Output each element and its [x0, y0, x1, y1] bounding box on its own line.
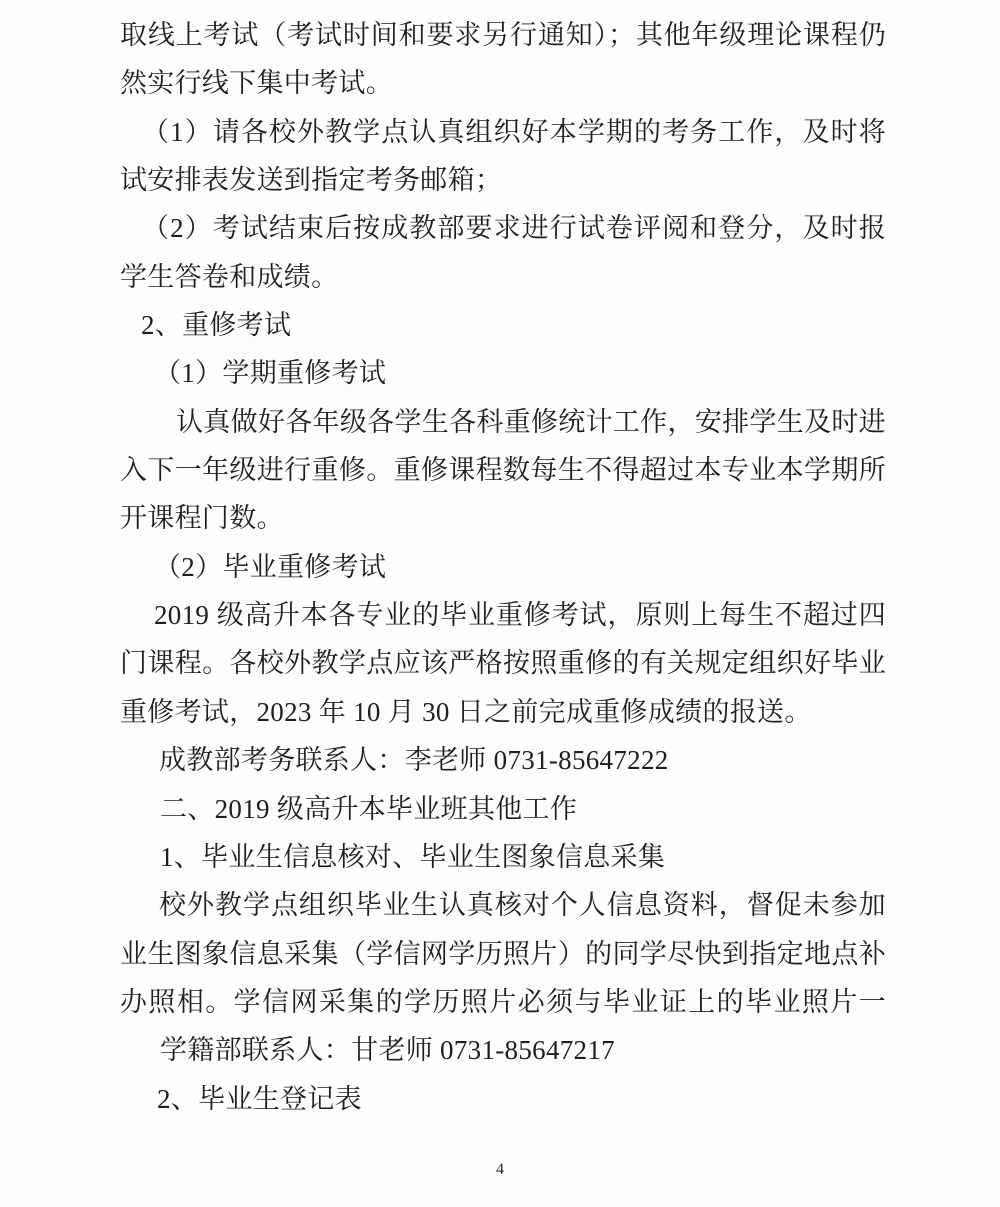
text-line: 1、毕业生信息核对、毕业生图象信息采集	[120, 833, 886, 881]
text-line: （2）毕业重修考试	[120, 543, 886, 591]
text-line: 2、重修考试	[120, 301, 886, 349]
document-page: 取线上考试（考试时间和要求另行通知）；其他年级理论课程仍然实行线下集中考试。（1…	[0, 0, 1000, 1207]
text-line: 校外教学点组织毕业生认真核对个人信息资料，督促未参加毕	[120, 881, 886, 929]
text-line: 2019 级高升本各专业的毕业重修考试，原则上每生不超过四	[120, 591, 886, 639]
text-line: （2）考试结束后按成教部要求进行试卷评阅和登分，及时报送	[120, 204, 886, 252]
text-line: 学籍部联系人：甘老师 0731-85647217	[120, 1026, 886, 1074]
document-body: 取线上考试（考试时间和要求另行通知）；其他年级理论课程仍然实行线下集中考试。（1…	[120, 11, 886, 1123]
text-line: 办照相。学信网采集的学历照片必须与毕业证上的毕业照片一致。	[120, 978, 886, 1026]
text-line: 二、2019 级高升本毕业班其他工作	[120, 785, 886, 833]
text-line: 门课程。各校外教学点应该严格按照重修的有关规定组织好毕业	[120, 639, 886, 687]
text-line: 业生图象信息采集（学信网学历照片）的同学尽快到指定地点补	[120, 930, 886, 978]
text-line: （1）学期重修考试	[120, 349, 886, 397]
text-line: 成教部考务联系人：李老师 0731-85647222	[120, 736, 886, 784]
text-line: 开课程门数。	[120, 494, 886, 542]
text-line: （1）请各校外教学点认真组织好本学期的考务工作，及时将考	[120, 108, 886, 156]
text-line: 入下一年级进行重修。重修课程数每生不得超过本专业本学期所	[120, 446, 886, 494]
text-line: 试安排表发送到指定考务邮箱；	[120, 156, 886, 204]
text-line: 取线上考试（考试时间和要求另行通知）；其他年级理论课程仍	[120, 11, 886, 59]
text-line: 然实行线下集中考试。	[120, 59, 886, 107]
text-line: 重修考试，2023 年 10 月 30 日之前完成重修成绩的报送。	[120, 688, 886, 736]
page-number: 4	[0, 1158, 1000, 1182]
text-line: 学生答卷和成绩。	[120, 253, 886, 301]
text-line: 2、毕业生登记表	[120, 1075, 886, 1123]
text-line: 认真做好各年级各学生各科重修统计工作，安排学生及时进	[120, 398, 886, 446]
